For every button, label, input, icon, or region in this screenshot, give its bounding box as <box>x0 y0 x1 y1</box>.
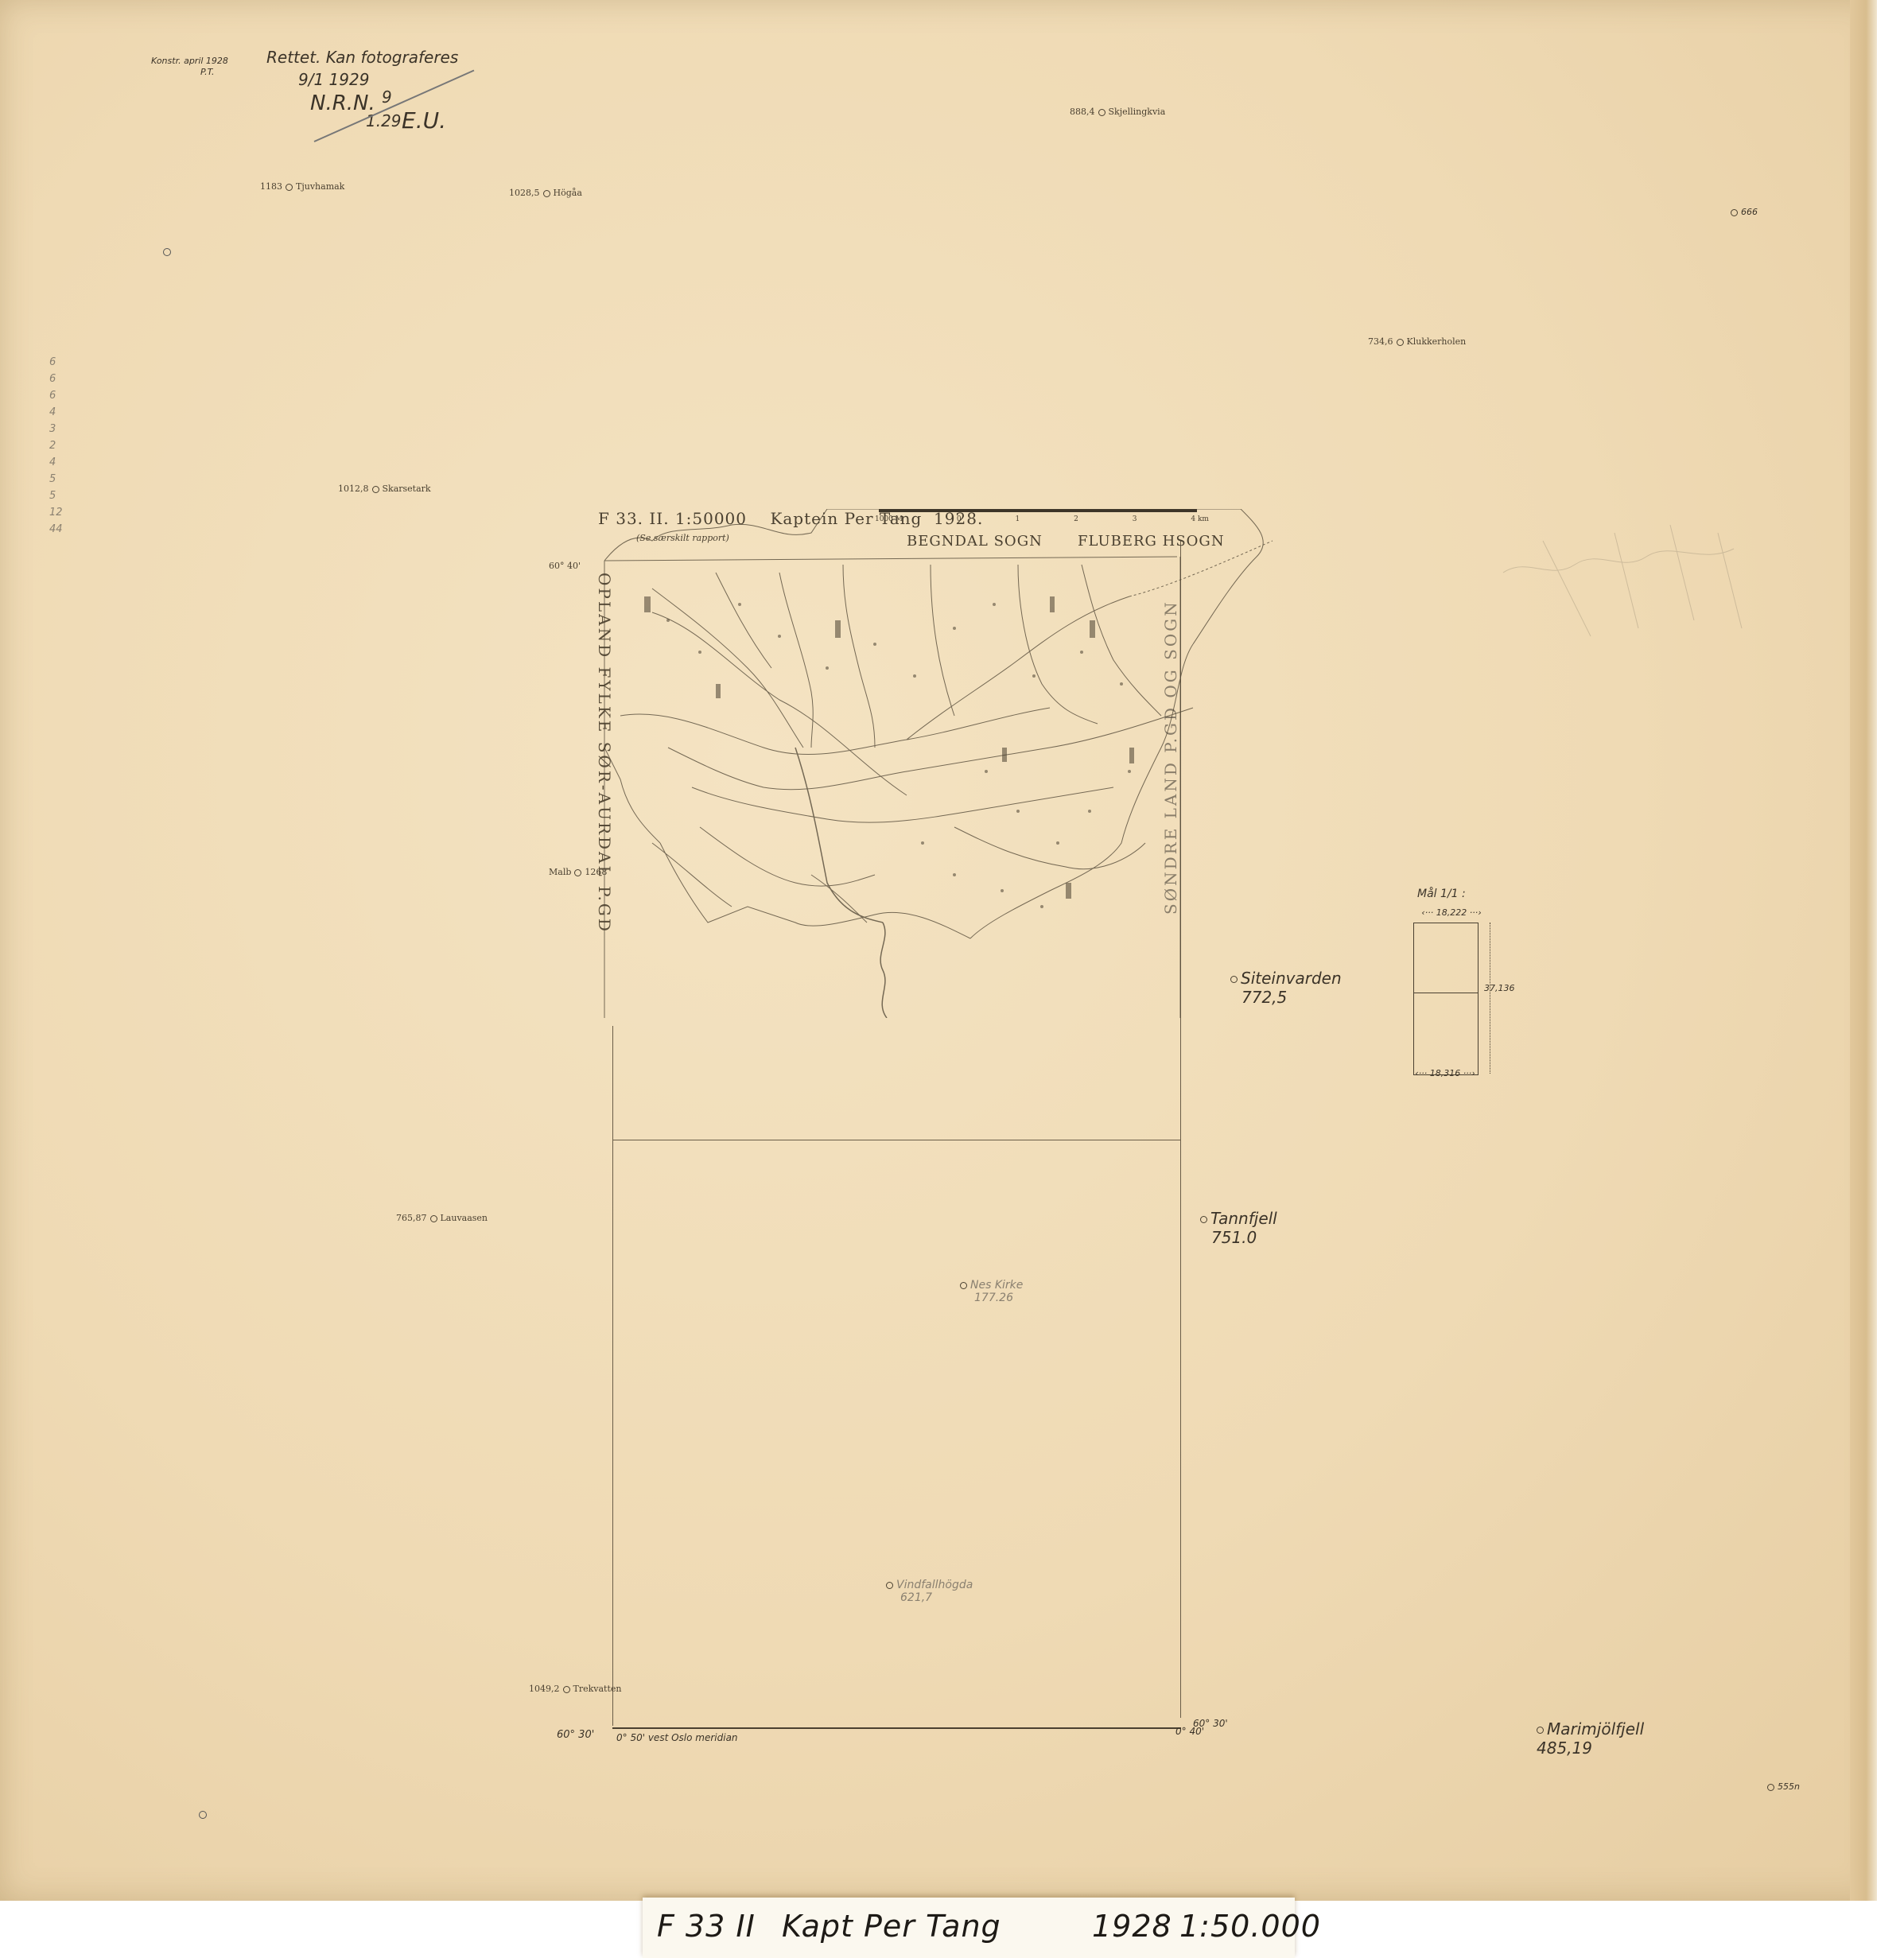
dimension-bottom-width: ‹··· 18,316 ···› <box>1413 1068 1477 1078</box>
trig-point-pencil: Nes Kirke177.26 <box>957 1279 1023 1304</box>
sheet-edge <box>1850 0 1877 1901</box>
dimension-top-width: ‹··· 18,222 ···› <box>1420 907 1483 918</box>
marker-circle-icon <box>163 248 171 256</box>
trig-point: 734,6Klukkerholen <box>1368 336 1466 347</box>
pencil-sketch <box>1495 509 1758 652</box>
trig-point: 765,87Lauvaasen <box>396 1213 488 1223</box>
fraction-top: 9 <box>382 87 392 107</box>
dimension-height-line <box>1490 923 1491 1074</box>
sheet-year: 1928 <box>1092 1909 1172 1944</box>
map-drawing: F 33. II. 1:50000 Kaptein Per Tang 1928.… <box>573 509 1288 1018</box>
trig-point-handwritten: Marimjölfjell485,19 <box>1533 1719 1644 1758</box>
trig-circle-icon <box>886 1582 893 1589</box>
construction-initials: P.T. <box>200 67 215 77</box>
sheet-label-strip: F 33 II Kapt Per Tang 1928 1:50.000 <box>643 1898 1295 1958</box>
lat-bottom-left: 60° 30' <box>557 1729 594 1741</box>
frame-line-left <box>612 1026 613 1726</box>
sheet-id: F 33 II <box>657 1909 756 1944</box>
correction-date: 9/1 1929 <box>298 70 369 89</box>
trig-point: 1012,8Skarsetark <box>338 484 431 494</box>
marker-circle-icon <box>199 1811 207 1819</box>
trig-circle-icon <box>372 486 379 493</box>
trig-point: 1183Tjuvhamak <box>260 181 344 192</box>
trig-point: 888,4Skjellingkvia <box>1070 107 1165 117</box>
dimension-height: 37,136 <box>1484 983 1515 993</box>
dimensions-rectangle <box>1413 923 1479 1075</box>
lon-bottom-left: 0° 50' vest Oslo meridian <box>616 1732 738 1743</box>
frame-line-middle <box>612 1140 1181 1140</box>
trig-circle-icon <box>1098 109 1105 116</box>
trig-point: 1028,5Högåa <box>509 188 582 198</box>
trig-point-pencil: Vindfallhögda621,7 <box>883 1579 973 1604</box>
correction-note: Rettet. Kan fotograferes <box>266 48 458 67</box>
trig-circle-icon <box>1537 1727 1544 1734</box>
trig-point: 555n <box>1764 1781 1800 1792</box>
dimensions-title: Mål 1/1 : <box>1417 888 1466 900</box>
topographic-drawing <box>573 509 1288 1018</box>
trig-circle-icon <box>543 190 550 197</box>
sheet-scale: 1:50.000 <box>1179 1909 1321 1944</box>
trig-circle-icon <box>1767 1784 1774 1791</box>
map-sheet: Konstr. april 1928 P.T. Rettet. Kan foto… <box>0 0 1877 1901</box>
trig-point: 1049,2Trekvatten <box>529 1684 621 1694</box>
lat-bottom-right: 60° 30' <box>1193 1718 1228 1729</box>
trig-circle-icon <box>1200 1216 1207 1223</box>
trig-circle-icon <box>286 184 293 191</box>
side-tally: 6 6 6 4 3 2 4 5 5 12 44 <box>49 354 97 538</box>
trig-circle-icon <box>563 1686 570 1693</box>
fraction-signature: E.U. <box>402 107 446 134</box>
trig-circle-icon <box>430 1215 437 1222</box>
construction-note: Konstr. april 1928 <box>151 56 228 66</box>
trig-circle-icon <box>960 1282 967 1289</box>
sheet-author: Kapt Per Tang <box>782 1909 1001 1944</box>
trig-point-handwritten: Tannfjell751.0 <box>1197 1209 1277 1247</box>
trig-point: 666 <box>1727 207 1758 217</box>
frame-line-bottom <box>612 1727 1181 1729</box>
trig-circle-icon <box>1731 209 1738 216</box>
trig-circle-icon <box>1397 339 1404 346</box>
